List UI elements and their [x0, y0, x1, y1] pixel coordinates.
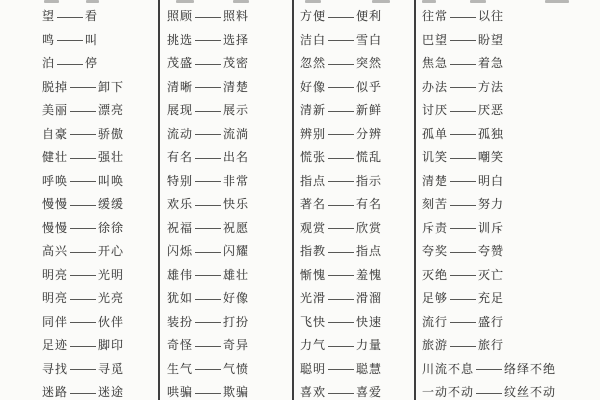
- synonym-pair-row: 雄伟雄壮: [167, 263, 292, 287]
- dash-line: [450, 346, 476, 347]
- right-word: 强壮: [98, 148, 124, 165]
- left-word: 挑选: [167, 31, 193, 48]
- right-word: 聪慧: [356, 360, 382, 377]
- synonym-pair-row: 自豪骄傲: [42, 122, 158, 146]
- synonym-pair-row: 灭绝灭亡: [422, 263, 600, 287]
- right-word: 开心: [98, 242, 124, 259]
- right-word: 突然: [356, 54, 382, 71]
- synonym-pair-row: 清楚明白: [422, 169, 600, 193]
- clipped-row-fragment: [545, 0, 569, 3]
- dash-line: [328, 17, 354, 18]
- dash-line: [328, 40, 354, 41]
- left-word: 高兴: [42, 242, 68, 259]
- right-word: 滑溜: [356, 289, 382, 306]
- synonym-pair-row: 高兴开心: [42, 239, 158, 263]
- left-word: 犹如: [167, 289, 193, 306]
- synonym-pair-row: 刻苦努力: [422, 192, 600, 216]
- left-word: 清晰: [167, 78, 193, 95]
- left-word: 闪烁: [167, 242, 193, 259]
- right-word: 伙伴: [98, 313, 124, 330]
- synonym-pair-row: 指教指点: [300, 239, 414, 263]
- right-word: 骄傲: [98, 125, 124, 142]
- left-word: 灭绝: [422, 266, 448, 283]
- left-word: 喜欢: [300, 383, 326, 400]
- clipped-row-fragment: [305, 0, 321, 3]
- dash-line: [450, 252, 476, 253]
- synonym-pair-row: 斥责训斥: [422, 216, 600, 240]
- clipped-row-fragment: [44, 0, 59, 3]
- right-word: 脚印: [98, 336, 124, 353]
- dash-line: [476, 369, 502, 370]
- clipped-row-fragment: [233, 0, 249, 3]
- synonym-pair-row: 祝福祝愿: [167, 216, 292, 240]
- dash-line: [328, 252, 354, 253]
- left-word: 健壮: [42, 148, 68, 165]
- synonym-pair-row: 生气气愤: [167, 357, 292, 381]
- synonym-pair-row: 喜欢喜爱: [300, 380, 414, 400]
- left-word: 望: [42, 7, 55, 24]
- right-word: 夸赞: [478, 242, 504, 259]
- synonym-pair-row: 川流不息络绎不绝: [422, 357, 600, 381]
- synonym-pair-row: 飞快快速: [300, 310, 414, 334]
- right-word: 指示: [356, 172, 382, 189]
- dash-line: [450, 87, 476, 88]
- dash-line: [476, 393, 502, 394]
- dash-line: [450, 111, 476, 112]
- right-word: 明白: [478, 172, 504, 189]
- synonym-pair-row: 忽然突然: [300, 51, 414, 75]
- synonym-pair-row: 夸奖夸赞: [422, 239, 600, 263]
- synonym-pair-row: 迷路迷途: [42, 380, 158, 400]
- dash-line: [450, 134, 476, 135]
- left-word: 巴望: [422, 31, 448, 48]
- left-word: 生气: [167, 360, 193, 377]
- left-word: 足迹: [42, 336, 68, 353]
- dash-line: [195, 111, 221, 112]
- left-word: 自豪: [42, 125, 68, 142]
- dash-line: [328, 393, 354, 394]
- synonym-pair-row: 装扮打扮: [167, 310, 292, 334]
- left-word: 装扮: [167, 313, 193, 330]
- dash-line: [328, 134, 354, 135]
- synonym-pair-row: 好像似乎: [300, 75, 414, 99]
- right-word: 旅行: [478, 336, 504, 353]
- synonym-pair-row: 欢乐快乐: [167, 192, 292, 216]
- dash-line: [328, 87, 354, 88]
- right-word: 流淌: [223, 125, 249, 142]
- dash-line: [70, 299, 96, 300]
- right-word: 喜爱: [356, 383, 382, 400]
- left-word: 寻找: [42, 360, 68, 377]
- right-word: 灭亡: [478, 266, 504, 283]
- synonym-pair-row: 鸣叫: [42, 28, 158, 52]
- right-word: 欺骗: [223, 383, 249, 400]
- right-word: 纹丝不动: [504, 383, 556, 400]
- synonym-pair-row: 办法方法: [422, 75, 600, 99]
- left-word: 飞快: [300, 313, 326, 330]
- right-word: 雄壮: [223, 266, 249, 283]
- left-word: 指教: [300, 242, 326, 259]
- synonym-pair-row: 慢慢缓缓: [42, 192, 158, 216]
- clipped-row-fragment: [86, 0, 99, 3]
- synonym-pair-row: 明亮光明: [42, 263, 158, 287]
- dash-line: [450, 205, 476, 206]
- dash-line: [70, 275, 96, 276]
- left-word: 同伴: [42, 313, 68, 330]
- synonym-pair-row: 一动不动纹丝不动: [422, 380, 600, 400]
- synonym-pair-row: 挑选选择: [167, 28, 292, 52]
- left-word: 明亮: [42, 266, 68, 283]
- synonym-pair-row: 闪烁闪耀: [167, 239, 292, 263]
- dash-line: [328, 275, 354, 276]
- left-word: 焦急: [422, 54, 448, 71]
- right-word: 出名: [223, 148, 249, 165]
- synonym-pair-row: 健壮强壮: [42, 145, 158, 169]
- right-word: 叫: [85, 31, 98, 48]
- dash-line: [328, 346, 354, 347]
- right-word: 好像: [223, 289, 249, 306]
- dash-line: [450, 158, 476, 159]
- dash-line: [328, 322, 354, 323]
- dash-line: [328, 369, 354, 370]
- left-word: 展现: [167, 101, 193, 118]
- dash-line: [195, 299, 221, 300]
- synonym-pair-row: 奇怪奇异: [167, 333, 292, 357]
- synonym-pair-row: 足迹脚印: [42, 333, 158, 357]
- left-word: 迷路: [42, 383, 68, 400]
- synonym-pair-row: 清晰清楚: [167, 75, 292, 99]
- right-word: 似乎: [356, 78, 382, 95]
- dash-line: [195, 322, 221, 323]
- right-word: 非常: [223, 172, 249, 189]
- left-word: 有名: [167, 148, 193, 165]
- left-word: 讨厌: [422, 101, 448, 118]
- left-word: 呼唤: [42, 172, 68, 189]
- left-word: 力气: [300, 336, 326, 353]
- synonym-pair-row: 脱掉卸下: [42, 75, 158, 99]
- right-word: 孤独: [478, 125, 504, 142]
- synonym-column-1: 望看鸣叫泊停脱掉卸下美丽漂亮自豪骄傲健壮强壮呼唤叫唤慢慢缓缓慢慢徐徐高兴开心明亮…: [0, 0, 158, 400]
- left-word: 指点: [300, 172, 326, 189]
- right-word: 卸下: [98, 78, 124, 95]
- clipped-row-fragment: [422, 0, 436, 3]
- synonym-pair-row: 呼唤叫唤: [42, 169, 158, 193]
- right-word: 努力: [478, 195, 504, 212]
- right-word: 充足: [478, 289, 504, 306]
- synonym-pair-row: 旅游旅行: [422, 333, 600, 357]
- right-word: 雪白: [356, 31, 382, 48]
- synonym-pair-row: 同伴伙伴: [42, 310, 158, 334]
- dash-line: [195, 87, 221, 88]
- left-word: 流动: [167, 125, 193, 142]
- left-word: 一动不动: [422, 383, 474, 400]
- left-word: 忽然: [300, 54, 326, 71]
- dash-line: [70, 111, 96, 112]
- synonym-pair-row: 流行盛行: [422, 310, 600, 334]
- left-word: 鸣: [42, 31, 55, 48]
- dash-line: [450, 228, 476, 229]
- dash-line: [328, 181, 354, 182]
- left-word: 光滑: [300, 289, 326, 306]
- dash-line: [195, 181, 221, 182]
- dash-line: [70, 87, 96, 88]
- dash-line: [195, 134, 221, 135]
- left-word: 脱掉: [42, 78, 68, 95]
- synonym-pair-row: 哄骗欺骗: [167, 380, 292, 400]
- right-word: 盛行: [478, 313, 504, 330]
- synonym-pair-row: 辨别分辨: [300, 122, 414, 146]
- dash-line: [70, 369, 96, 370]
- right-word: 闪耀: [223, 242, 249, 259]
- left-word: 斥责: [422, 219, 448, 236]
- right-word: 徐徐: [98, 219, 124, 236]
- dash-line: [70, 205, 96, 206]
- right-word: 看: [85, 7, 98, 24]
- left-word: 著名: [300, 195, 326, 212]
- synonym-pair-row: 茂盛茂密: [167, 51, 292, 75]
- synonym-pair-row: 著名有名: [300, 192, 414, 216]
- left-word: 慢慢: [42, 219, 68, 236]
- worksheet-page: 望看鸣叫泊停脱掉卸下美丽漂亮自豪骄傲健壮强壮呼唤叫唤慢慢缓缓慢慢徐徐高兴开心明亮…: [0, 0, 600, 400]
- synonym-pair-row: 特别非常: [167, 169, 292, 193]
- right-word: 力量: [356, 336, 382, 353]
- dash-line: [195, 158, 221, 159]
- synonym-column-3: 方便便利洁白雪白忽然突然好像似乎清新新鲜辨别分辨慌张慌乱指点指示著名有名观赏欣赏…: [292, 0, 414, 400]
- dash-line: [450, 322, 476, 323]
- dash-line: [450, 275, 476, 276]
- dash-line: [195, 393, 221, 394]
- dash-line: [195, 228, 221, 229]
- right-word: 漂亮: [98, 101, 124, 118]
- dash-line: [70, 134, 96, 135]
- synonym-pair-row: 犹如好像: [167, 286, 292, 310]
- dash-line: [328, 64, 354, 65]
- synonym-pair-row: 孤单孤独: [422, 122, 600, 146]
- left-word: 慌张: [300, 148, 326, 165]
- left-word: 讥笑: [422, 148, 448, 165]
- left-word: 辨别: [300, 125, 326, 142]
- synonym-pair-row: 有名出名: [167, 145, 292, 169]
- left-word: 流行: [422, 313, 448, 330]
- left-word: 祝福: [167, 219, 193, 236]
- dash-line: [328, 111, 354, 112]
- left-word: 旅游: [422, 336, 448, 353]
- left-word: 茂盛: [167, 54, 193, 71]
- dash-line: [195, 369, 221, 370]
- left-word: 照顾: [167, 7, 193, 24]
- synonym-pair-row: 寻找寻觅: [42, 357, 158, 381]
- synonym-pair-row: 观赏欣赏: [300, 216, 414, 240]
- synonym-pair-row: 足够充足: [422, 286, 600, 310]
- left-word: 好像: [300, 78, 326, 95]
- dash-line: [328, 205, 354, 206]
- synonym-pair-row: 指点指示: [300, 169, 414, 193]
- right-word: 着急: [478, 54, 504, 71]
- left-word: 欢乐: [167, 195, 193, 212]
- synonym-pair-row: 明亮光亮: [42, 286, 158, 310]
- dash-line: [70, 346, 96, 347]
- right-word: 照料: [223, 7, 249, 24]
- right-word: 寻觅: [98, 360, 124, 377]
- dash-line: [57, 64, 83, 65]
- clipped-row-fragment: [372, 0, 390, 3]
- left-word: 往常: [422, 7, 448, 24]
- dash-line: [328, 228, 354, 229]
- dash-line: [450, 181, 476, 182]
- dash-line: [450, 40, 476, 41]
- right-word: 清楚: [223, 78, 249, 95]
- left-word: 洁白: [300, 31, 326, 48]
- synonym-pair-row: 巴望盼望: [422, 28, 600, 52]
- right-word: 茂密: [223, 54, 249, 71]
- synonym-pair-row: 惭愧羞愧: [300, 263, 414, 287]
- right-word: 盼望: [478, 31, 504, 48]
- left-word: 特别: [167, 172, 193, 189]
- synonym-pair-row: 往常以往: [422, 4, 600, 28]
- synonym-pair-row: 泊停: [42, 51, 158, 75]
- dash-line: [195, 17, 221, 18]
- left-word: 惭愧: [300, 266, 326, 283]
- synonym-column-4: 往常以往巴望盼望焦急着急办法方法讨厌厌恶孤单孤独讥笑嘲笑清楚明白刻苦努力斥责训斥…: [414, 0, 600, 400]
- dash-line: [70, 181, 96, 182]
- dash-line: [195, 64, 221, 65]
- left-word: 刻苦: [422, 195, 448, 212]
- dash-line: [70, 322, 96, 323]
- right-word: 停: [85, 54, 98, 71]
- right-word: 以往: [478, 7, 504, 24]
- dash-line: [328, 158, 354, 159]
- synonym-pair-row: 慢慢徐徐: [42, 216, 158, 240]
- dash-line: [195, 346, 221, 347]
- left-word: 雄伟: [167, 266, 193, 283]
- left-word: 泊: [42, 54, 55, 71]
- left-word: 清楚: [422, 172, 448, 189]
- right-word: 快乐: [223, 195, 249, 212]
- right-word: 奇异: [223, 336, 249, 353]
- dash-line: [450, 299, 476, 300]
- dash-line: [70, 158, 96, 159]
- synonym-pair-row: 焦急着急: [422, 51, 600, 75]
- right-word: 分辨: [356, 125, 382, 142]
- left-word: 美丽: [42, 101, 68, 118]
- left-word: 清新: [300, 101, 326, 118]
- right-word: 便利: [356, 7, 382, 24]
- left-word: 慢慢: [42, 195, 68, 212]
- dash-line: [328, 299, 354, 300]
- right-word: 方法: [478, 78, 504, 95]
- synonym-pair-row: 流动流淌: [167, 122, 292, 146]
- dash-line: [195, 275, 221, 276]
- synonym-pair-row: 展现展示: [167, 98, 292, 122]
- synonym-pair-row: 光滑滑溜: [300, 286, 414, 310]
- synonym-column-2: 照顾照料挑选选择茂盛茂密清晰清楚展现展示流动流淌有名出名特别非常欢乐快乐祝福祝愿…: [158, 0, 292, 400]
- left-word: 办法: [422, 78, 448, 95]
- left-word: 明亮: [42, 289, 68, 306]
- synonym-pair-row: 清新新鲜: [300, 98, 414, 122]
- right-word: 新鲜: [356, 101, 382, 118]
- right-word: 展示: [223, 101, 249, 118]
- left-word: 哄骗: [167, 383, 193, 400]
- synonym-pair-row: 照顾照料: [167, 4, 292, 28]
- synonym-pair-row: 望看: [42, 4, 158, 28]
- right-word: 迷途: [98, 383, 124, 400]
- right-word: 训斥: [478, 219, 504, 236]
- right-word: 叫唤: [98, 172, 124, 189]
- dash-line: [70, 228, 96, 229]
- left-word: 足够: [422, 289, 448, 306]
- right-word: 厌恶: [478, 101, 504, 118]
- right-word: 欣赏: [356, 219, 382, 236]
- left-word: 观赏: [300, 219, 326, 236]
- right-word: 气愤: [223, 360, 249, 377]
- right-word: 络绎不绝: [504, 360, 556, 377]
- dash-line: [195, 40, 221, 41]
- right-word: 快速: [356, 313, 382, 330]
- left-word: 聪明: [300, 360, 326, 377]
- right-word: 指点: [356, 242, 382, 259]
- right-word: 选择: [223, 31, 249, 48]
- left-word: 奇怪: [167, 336, 193, 353]
- synonym-pair-row: 讥笑嘲笑: [422, 145, 600, 169]
- right-word: 有名: [356, 195, 382, 212]
- right-word: 缓缓: [98, 195, 124, 212]
- clipped-row-fragment: [470, 0, 486, 3]
- clipped-row-fragment: [176, 0, 194, 3]
- left-word: 方便: [300, 7, 326, 24]
- synonym-pair-row: 方便便利: [300, 4, 414, 28]
- right-word: 光亮: [98, 289, 124, 306]
- dash-line: [57, 17, 83, 18]
- left-word: 川流不息: [422, 360, 474, 377]
- left-word: 夸奖: [422, 242, 448, 259]
- right-word: 祝愿: [223, 219, 249, 236]
- dash-line: [70, 393, 96, 394]
- synonym-pair-row: 讨厌厌恶: [422, 98, 600, 122]
- dash-line: [57, 40, 83, 41]
- right-word: 光明: [98, 266, 124, 283]
- dash-line: [450, 17, 476, 18]
- dash-line: [450, 64, 476, 65]
- right-word: 嘲笑: [478, 148, 504, 165]
- dash-line: [195, 205, 221, 206]
- synonym-pair-row: 慌张慌乱: [300, 145, 414, 169]
- dash-line: [195, 252, 221, 253]
- synonym-pair-row: 聪明聪慧: [300, 357, 414, 381]
- right-word: 打扮: [223, 313, 249, 330]
- left-word: 孤单: [422, 125, 448, 142]
- right-word: 慌乱: [356, 148, 382, 165]
- synonym-pair-row: 力气力量: [300, 333, 414, 357]
- synonym-pair-row: 洁白雪白: [300, 28, 414, 52]
- right-word: 羞愧: [356, 266, 382, 283]
- dash-line: [70, 252, 96, 253]
- synonym-pair-row: 美丽漂亮: [42, 98, 158, 122]
